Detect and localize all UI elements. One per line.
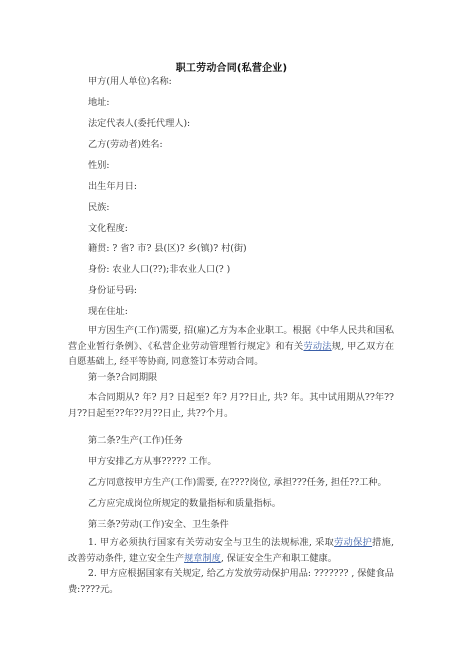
article3-item1-text-a: 1. 甲方必须执行国家有关劳动安全与卫生的法规标准, 采取	[88, 537, 334, 548]
intro-paragraph: 甲方因生产(工作)需要, 招(雇)乙方为本企业职工。根据《中华人民共和国私营企业…	[68, 323, 394, 370]
rules-regulations-link[interactable]: 规章制度	[184, 553, 221, 564]
field-employer-name: 甲方(用人单位)名称:	[88, 76, 172, 88]
document-page: 职工劳动合同(私营企业) 甲方(用人单位)名称: 地址: 法定代表人(委托代理人…	[0, 0, 463, 655]
article2-item-1: 甲方安排乙方从事????? 工作。	[88, 456, 217, 468]
labor-law-link[interactable]: 劳动法	[303, 341, 331, 352]
article2-item-3: 乙方应完成岗位所规定的数量指标和质量指标。	[88, 498, 281, 510]
labor-protection-link[interactable]: 劳动保护	[334, 537, 372, 548]
field-employee-name: 乙方(劳动者)姓名:	[88, 139, 163, 151]
field-household-status: 身份: 农业人口(??);非农业人口(? )	[88, 264, 230, 276]
article3-heading: 第三条?劳动(工作)安全、卫生条件	[88, 519, 229, 531]
field-current-address: 现在住址:	[88, 306, 128, 318]
field-address: 地址:	[88, 97, 109, 109]
article3-item-1: 1. 甲方必须执行国家有关劳动安全与卫生的法规标准, 采取劳动保护措施, 改善劳…	[68, 535, 394, 566]
field-legal-representative: 法定代表人(委托代理人):	[88, 118, 190, 130]
field-native-place: 籍贯: ? 省? 市? 县(区)? 乡(镇)? 村(街)	[88, 243, 247, 255]
field-gender: 性别:	[88, 160, 109, 172]
article1-heading: 第一条?合同期限	[88, 372, 157, 384]
field-birth-date: 出生年月日:	[88, 181, 137, 193]
article3-item-2: 2. 甲方应根据国家有关规定, 给乙方发放劳动保护用品: ??????? , 保…	[68, 566, 394, 597]
article1-text: 本合同期从? 年? 月? 日起至? 年? 月??日止, 共? 年。其中试用期从?…	[68, 390, 394, 421]
article3-item1-text-c: , 保证安全生产和职工健康。	[221, 553, 337, 564]
document-title: 职工劳动合同(私营企业)	[0, 59, 463, 74]
field-education: 文化程度:	[88, 223, 128, 235]
field-id-number: 身份证号码:	[88, 285, 137, 297]
article2-item-2: 乙方同意按甲方生产(工作)需要, 在????岗位, 承担???任务, 担任??工…	[88, 477, 387, 489]
field-ethnicity: 民族:	[88, 202, 109, 214]
article2-heading: 第二条?生产(工作)任务	[88, 435, 183, 447]
